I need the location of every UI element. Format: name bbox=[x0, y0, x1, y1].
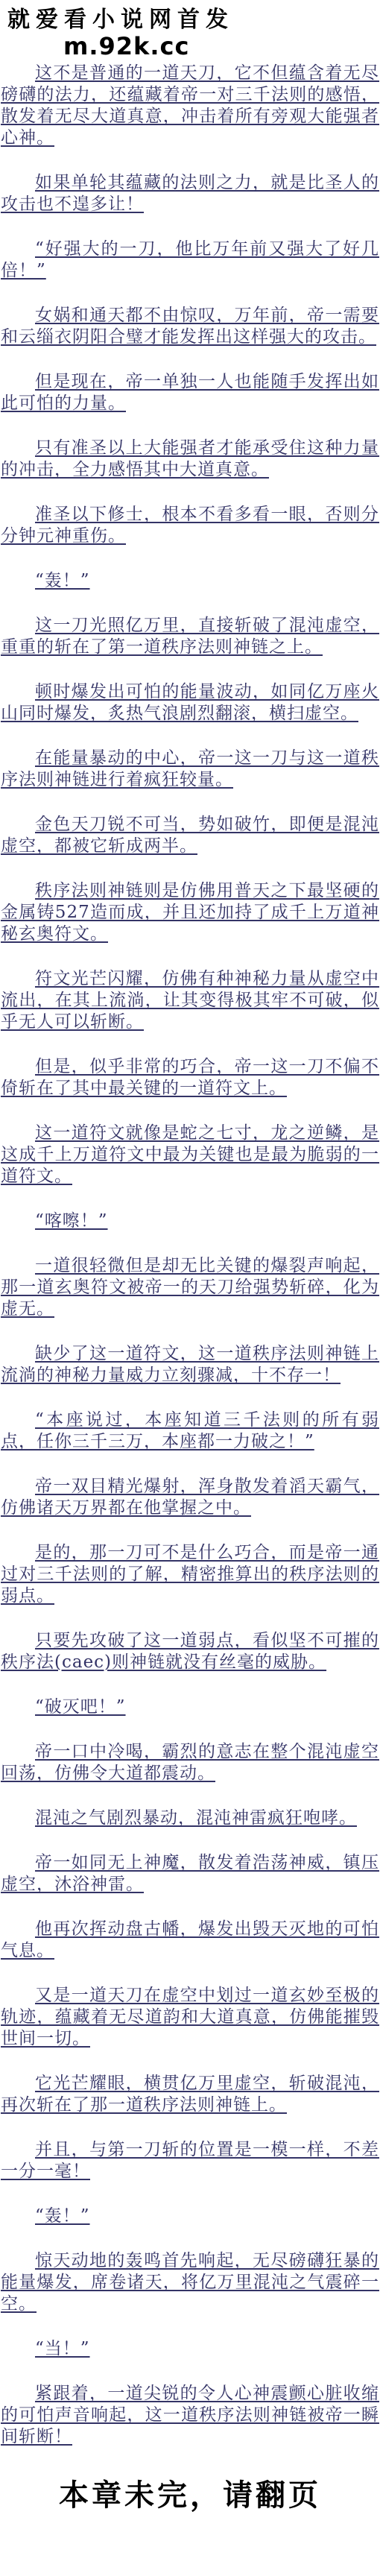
paragraph: “当！” bbox=[1, 2338, 379, 2360]
paragraph: 女娲和通天都不由惊叹，万年前，帝一需要和云缁衣阴阳合璧才能发挥出这样强大的攻击。 bbox=[1, 305, 379, 348]
site-name-watermark: 就爱看小说网首发 bbox=[7, 6, 380, 34]
paragraph: 一道很轻微但是却无比关键的爆裂声响起，那一道玄奥符文被帝一的天刀给强势斩碎，化为… bbox=[1, 1255, 379, 1320]
paragraph: 这一道符文就像是蛇之七寸，龙之逆鳞，是这成千上万道符文中最为关键也是最为脆弱的一… bbox=[1, 1123, 379, 1187]
paragraph: 只要先攻破了这一道弱点，看似坚不可摧的秩序法(caec)则神链就没有丝毫的威胁。 bbox=[1, 1630, 379, 1673]
paragraph: 混沌之气剧烈暴动，混沌神雷疯狂咆哮。 bbox=[1, 1808, 379, 1829]
paragraph: 是的，那一刀可不是什么巧合，而是帝一通过对三千法则的了解，精密推算出的秩序法则的… bbox=[1, 1542, 379, 1607]
paragraph: 帝一双目精光爆射，浑身散发着滔天霸气，仿佛诸天万界都在他掌握之中。 bbox=[1, 1476, 379, 1519]
paragraph: “喀嚓！” bbox=[1, 1210, 379, 1232]
paragraph: 准圣以下修士，根本不看多看一眼，否则分分钟元神重伤。 bbox=[1, 504, 379, 547]
page-turn-notice[interactable]: 本章未完，请翻页 bbox=[0, 2478, 380, 2513]
paragraph: “轰！” bbox=[1, 570, 379, 592]
paragraph: 帝一如同无上神魔，散发着浩荡神威，镇压虚空，沐浴神雷。 bbox=[1, 1852, 379, 1895]
paragraph: 紧跟着，一道尖锐的令人心神震颤心脏收缩的可怕声音响起，这一道秩序法则神链被帝一瞬… bbox=[1, 2383, 379, 2448]
paragraph: 金色天刀锐不可当，势如破竹，即便是混沌虚空，都被它斩成两半。 bbox=[1, 814, 379, 857]
paragraph: “破灭吧！” bbox=[1, 1696, 379, 1718]
paragraph: 这一刀光照亿万里，直接斩破了混沌虚空，重重的斩在了第一道秩序法则神链之上。 bbox=[1, 615, 379, 658]
paragraph: “本座说过，本座知道三千法则的所有弱点，任你三千三万，本座都一力破之！” bbox=[1, 1409, 379, 1453]
site-header: 就爱看小说网首发 m.92k.cc bbox=[0, 0, 380, 58]
chapter-content: 这不是普通的一道天刀，它不但蕴含着无尽磅礴的法力，还蕴藏着帝一对三千法则的感悟，… bbox=[0, 58, 380, 2448]
paragraph: 但是，似乎非常的巧合，帝一这一刀不偏不倚斩在了其中最关键的一道符文上。 bbox=[1, 1056, 379, 1099]
site-url-watermark: m.92k.cc bbox=[63, 34, 380, 58]
paragraph: 又是一道天刀在虚空中划过一道玄妙至极的轨迹，蕴藏着无尽道韵和大道真意，仿佛能摧毁… bbox=[1, 1985, 379, 2050]
paragraph: 惊天动地的轰鸣首先响起，无尽磅礴狂暴的能量爆发，席卷诸天，将亿万里混沌之气震碎一… bbox=[1, 2250, 379, 2315]
paragraph: 只有准圣以上大能强者才能承受住这种力量的冲击，全力感悟其中大道真意。 bbox=[1, 438, 379, 481]
paragraph: 这不是普通的一道天刀，它不但蕴含着无尽磅礴的法力，还蕴藏着帝一对三千法则的感悟，… bbox=[1, 63, 379, 149]
paragraph: 它光芒耀眼，横贯亿万里虚空，斩破混沌，再次斩在了那一道秩序法则神链上。 bbox=[1, 2073, 379, 2116]
paragraph: 帝一口中冷喝，霸烈的意志在整个混沌虚空回荡，仿佛令大道都震动。 bbox=[1, 1741, 379, 1784]
paragraph: 缺少了这一道符文，这一道秩序法则神链上流淌的神秘力量威力立刻骤减，十不存一！ bbox=[1, 1343, 379, 1386]
paragraph: 如果单轮其蕴藏的法则之力，就是比圣人的攻击也不遑多让！ bbox=[1, 172, 379, 215]
paragraph: 在能量暴动的中心，帝一这一刀与这一道秩序法则神链进行着疯狂较量。 bbox=[1, 748, 379, 791]
paragraph: 他再次挥动盘古幡，爆发出毁天灭地的可怕气息。 bbox=[1, 1919, 379, 1962]
paragraph: 秩序法则神链则是仿佛用普天之下最坚硬的金属铸527造而成，并且还加持了成千上万道… bbox=[1, 880, 379, 945]
paragraph: “轰！” bbox=[1, 2206, 379, 2227]
paragraph: 符文光芒闪耀，仿佛有种神秘力量从虚空中流出，在其上流淌，让其变得极其牢不可破，似… bbox=[1, 968, 379, 1033]
paragraph: 并且，与第一刀斩的位置是一模一样，不差一分一毫！ bbox=[1, 2139, 379, 2182]
paragraph: 但是现在，帝一单独一人也能随手发挥出如此可怕的力量。 bbox=[1, 371, 379, 414]
paragraph: 顿时爆发出可怕的能量波动，如同亿万座火山同时爆发，炙热气浪剧烈翻滚，横扫虚空。 bbox=[1, 681, 379, 724]
novel-reader-page[interactable]: 就爱看小说网首发 m.92k.cc 这不是普通的一道天刀，它不但蕴含着无尽磅礴的… bbox=[0, 0, 380, 2524]
paragraph: “好强大的一刀，他比万年前又强大了好几倍！” bbox=[1, 239, 379, 282]
